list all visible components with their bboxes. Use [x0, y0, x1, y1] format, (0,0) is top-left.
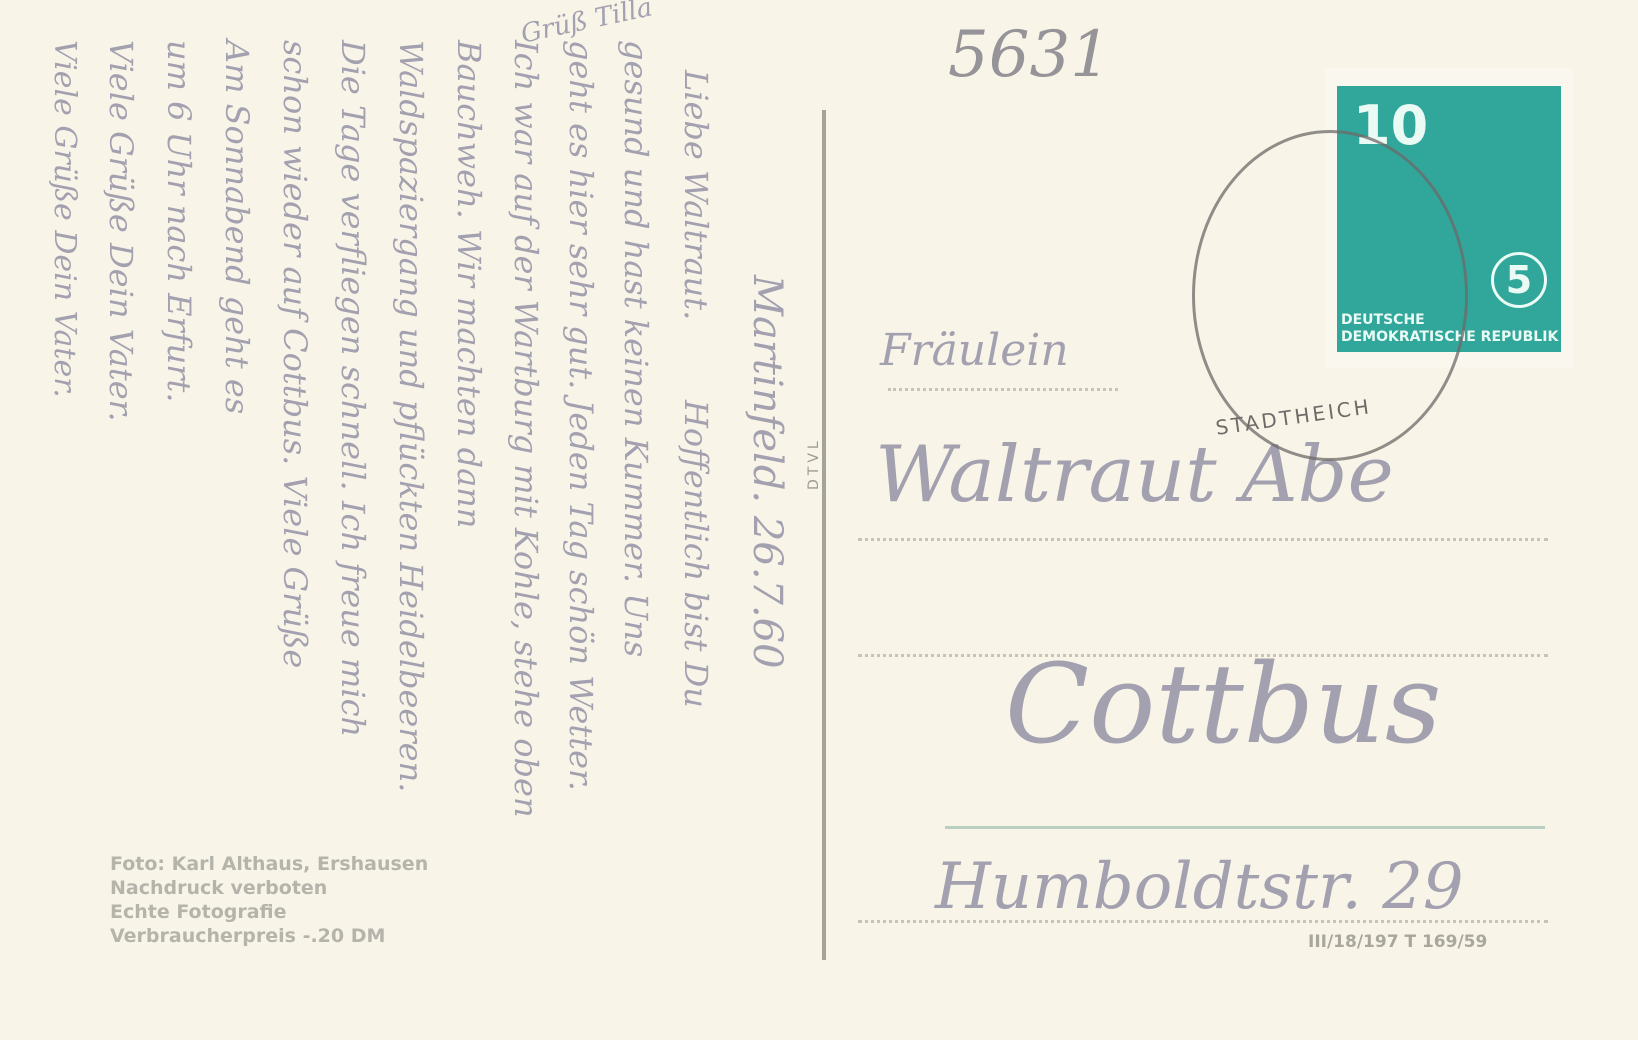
- postcard-back: 5631 Grüß Tilla Martinfeld. 26.7.60 Lieb…: [0, 0, 1638, 1040]
- imprint-copyright: Nachdruck verboten: [110, 876, 428, 900]
- address-line: [858, 654, 1548, 657]
- address-city: Cottbus: [1005, 640, 1442, 768]
- address-line: [945, 826, 1545, 829]
- address-salutation: Fräulein: [880, 325, 1069, 376]
- center-divider: [822, 110, 826, 960]
- message-line: Liebe Waltraut.: [677, 70, 715, 320]
- message-line: Am Sonnabend geht es: [218, 40, 256, 414]
- photo-imprint: Foto: Karl Althaus, Ershausen Nachdruck …: [110, 852, 428, 948]
- imprint-price: Verbraucherpreis -.20 DM: [110, 924, 428, 948]
- message-line: geht es hier sehr gut. Jeden Tag schön W…: [562, 40, 600, 791]
- series-code: III/18/197 T 169/59: [1308, 932, 1487, 952]
- message-line: Ich war auf der Wartburg mit Kohle, steh…: [507, 40, 545, 818]
- address-line: [858, 920, 1548, 923]
- archive-number: 5631: [948, 18, 1111, 92]
- address-line: [858, 538, 1548, 541]
- imprint-type: Echte Fotografie: [110, 900, 428, 924]
- message-line: Viele Grüße Dein Vater.: [47, 40, 82, 398]
- imprint-photographer: Foto: Karl Althaus, Ershausen: [110, 852, 428, 876]
- divider-label: DTVL: [806, 437, 822, 490]
- address-street: Humboldtstr. 29: [935, 850, 1464, 924]
- message-line: schon wieder auf Cottbus. Viele Grüße: [276, 40, 314, 668]
- address-line: [888, 388, 1118, 391]
- message-line: um 6 Uhr nach Erfurt.: [160, 40, 198, 403]
- message-line: Hoffentlich bist Du: [677, 400, 715, 708]
- message-line: Die Tage verfliegen schnell. Ich freue m…: [334, 40, 372, 737]
- message-place-date: Martinfeld. 26.7.60: [744, 275, 790, 669]
- message-line: Bauchweh. Wir machten dann: [450, 40, 488, 528]
- five-year-plan-emblem-icon: 5: [1491, 252, 1547, 308]
- message-line: Viele Grüße Dein Vater.: [102, 40, 140, 422]
- message-line: Waldspaziergang und pflückten Heidelbeer…: [392, 40, 430, 792]
- message-line: gesund und hast keinen Kummer. Uns: [617, 40, 655, 657]
